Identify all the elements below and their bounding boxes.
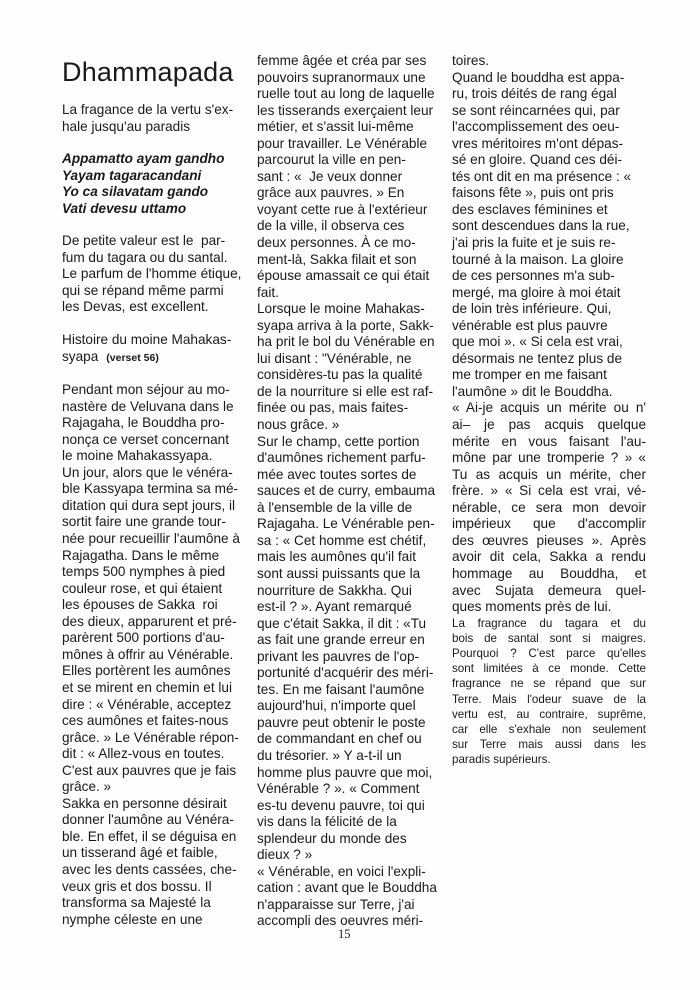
text-line: impérieux que d'accomplir — [452, 516, 646, 533]
text-line: voyant cette rue à l'extérieur — [257, 202, 449, 219]
text-line: d'aumônes richement parfu- — [257, 450, 449, 467]
text-line: vertu est, au contraire, suprême, — [452, 707, 646, 722]
text-line: ques moments près de lui. — [452, 599, 646, 616]
text-line: ble. En effet, il se déguisa en — [62, 829, 252, 846]
text-line: sont aussi puissants que la — [257, 566, 449, 583]
text-line: métier, et s'assit lui-même — [257, 119, 449, 136]
text-line: syapa arriva à la porte, Sakk- — [257, 318, 449, 335]
text-line: de ces personnes m'a sub- — [452, 268, 646, 285]
text-line: La fragrance du tagara et du — [452, 616, 646, 631]
text-line: de la ville, il observa ces — [257, 218, 449, 235]
text-line: un tisserand âgé et faible, — [62, 845, 252, 862]
text-line: Rajagaha. Le Vénérable pen- — [257, 516, 449, 533]
text-line: Rajagaha, le Bouddha pro- — [62, 415, 252, 432]
text-line: fragrance ne se répand que sur — [452, 676, 646, 691]
text-line: pour travailler. Le Vénérable — [257, 136, 449, 153]
text-line: C'est aux pauvres que je fais — [62, 763, 252, 780]
text-line: l'aumône » dit le Bouddha. — [452, 384, 646, 401]
text-line: Quand le bouddha est appa- — [452, 70, 646, 87]
text-line: grâce. » Le Vénérable répon- — [62, 730, 252, 747]
text-line: faisons fête », puis ont pris — [452, 185, 646, 202]
text-line: vénérable est plus pauvre — [452, 318, 646, 335]
translation-line: Le parfum de l'homme étique, — [62, 266, 252, 283]
text-line: des dieux, apparurent et pré- — [62, 614, 252, 631]
text-line: se sont réincarnées qui, par — [452, 103, 646, 120]
translation-line: les Devas, est excellent. — [62, 299, 252, 316]
text-line: désormais ne tentez plus de — [452, 351, 646, 368]
text-line: ble Kassyapa termina sa mé- — [62, 481, 252, 498]
verse-translation: De petite valeur est le par- fum du taga… — [62, 233, 252, 316]
text-line: parèrent 500 portions d'au- — [62, 630, 252, 647]
text-line: me tromper en me faisant — [452, 367, 646, 384]
verse-commentary: La fragrance du tagara et dubois de sant… — [452, 616, 646, 768]
text-line: Vénérable ? ». « Comment — [257, 781, 449, 798]
text-line: Sur le champ, cette portion — [257, 434, 449, 451]
verse-line: Yo ca silavatam gando — [62, 184, 252, 201]
text-line: sant : « Je veux donner — [257, 169, 449, 186]
story-body-part-1: Pendant mon séjour au mo-nastère de Velu… — [62, 382, 252, 928]
text-line: de loin très inférieure. Qui, — [452, 301, 646, 318]
text-line: épouse amassait ce qui était — [257, 268, 449, 285]
text-line: mône par une tromperie ? » « — [452, 450, 646, 467]
text-line: grâce aux pauvres. » En — [257, 185, 449, 202]
text-line: du trésorier. » Y a-t-il un — [257, 748, 449, 765]
story-heading-line: Histoire du moine Mahakas- — [62, 332, 252, 349]
text-line: transforma sa Majesté la — [62, 895, 252, 912]
text-line: sé en gloire. Quand ces déi- — [452, 152, 646, 169]
text-line: Terre. Mais l'odeur suave de la — [452, 692, 646, 707]
text-line: des esclaves féminines et — [452, 202, 646, 219]
text-line: splendeur du monde des — [257, 831, 449, 848]
text-line: et se mirent en chemin et lui — [62, 680, 252, 697]
text-line: nonça ce verset concernant — [62, 432, 252, 449]
text-line: Lorsque le moine Mahakas- — [257, 301, 449, 318]
text-line: ces aumônes et faites-nous — [62, 713, 252, 730]
text-line: que c'était Sakka, il dit : «Tu — [257, 616, 449, 633]
text-line: couleur rose, et qui étaient — [62, 581, 252, 598]
text-line: mergé, ma gloire à moi était — [452, 285, 646, 302]
text-line: as fait une grande erreur en — [257, 632, 449, 649]
text-line: « Vénérable, en voici l'expli- — [257, 864, 449, 881]
text-line: mais les aumônes qu'il fait — [257, 549, 449, 566]
text-line: avec les dents cassées, che- — [62, 862, 252, 879]
story-heading: Histoire du moine Mahakas- syapa(verset … — [62, 332, 252, 366]
text-line: veux gris et dos bossu. Il — [62, 879, 252, 896]
text-line: finée ou pas, mais faites- — [257, 400, 449, 417]
text-line: toires. — [452, 53, 646, 70]
text-line: car elle s'exhale non seulement — [452, 722, 646, 737]
column-1: Dhammapada La fragance de la vertu s'ex-… — [62, 53, 252, 928]
text-line: avoir dit cela, Sakka a rendu — [452, 549, 646, 566]
translation-line: De petite valeur est le par- — [62, 233, 252, 250]
text-line: ditation qui dura sept jours, il — [62, 498, 252, 515]
text-line: Tu as acquis un mérite, cher — [452, 467, 646, 484]
story-heading-text: syapa — [62, 349, 98, 364]
text-line: hommage au Bouddha, et — [452, 566, 646, 583]
story-body-part-3: toires.Quand le bouddha est appa-ru, tro… — [452, 53, 646, 400]
text-line: tourné à la maison. La gloire — [452, 252, 646, 269]
verse-line: Yayam tagaracandani — [62, 168, 252, 185]
text-line: sont descendues dans la rue, — [452, 218, 646, 235]
text-line: dieux ? » — [257, 847, 449, 864]
translation-line: qui se répand même parmi — [62, 283, 252, 300]
text-line: paradis supérieurs. — [452, 752, 646, 767]
document-page: Dhammapada La fragance de la vertu s'ex-… — [0, 0, 700, 990]
text-line: sur Terre mais aussi dans les — [452, 737, 646, 752]
text-line: née pour recueillir l'aumône à — [62, 531, 252, 548]
text-line: avec Sujata demeura quel- — [452, 583, 646, 600]
page-title: Dhammapada — [62, 56, 252, 88]
text-line: nous grâce. » — [257, 417, 449, 434]
verse-line: Appamatto ayam gandho — [62, 151, 252, 168]
text-line: Rajagatha. Dans le même — [62, 548, 252, 565]
subtitle-line: hale jusqu'au paradis — [62, 119, 252, 136]
text-line: Elles portèrent les aumônes — [62, 663, 252, 680]
text-line: Pendant mon séjour au mo- — [62, 382, 252, 399]
text-line: mérite en vous faisant l'au- — [452, 434, 646, 451]
text-line: portunité d'acquérir des méri- — [257, 665, 449, 682]
text-line: lui disant : "Vénérable, ne — [257, 351, 449, 368]
text-line: l'accomplissement des oeu- — [452, 119, 646, 136]
text-line: j'ai pris la fuite et je suis re- — [452, 235, 646, 252]
text-line: parcourut la ville en pen- — [257, 152, 449, 169]
text-line: tés ont dit en ma présence : « — [452, 169, 646, 186]
text-line: donner l'aumône au Vénéra- — [62, 812, 252, 829]
text-line: n'apparaisse sur Terre, j'ai — [257, 897, 449, 914]
text-line: Un jour, alors que le vénéra- — [62, 465, 252, 482]
text-line: ai– je pas acquis quelque — [452, 417, 646, 434]
text-line: ru, trois déités de rang égal — [452, 86, 646, 103]
text-line: nourriture de Sakkha. Qui — [257, 583, 449, 600]
text-line: Sakka en personne désirait — [62, 796, 252, 813]
text-line: ha prit le bol du Vénérable en — [257, 334, 449, 351]
text-line: homme plus pauvre que moi, — [257, 765, 449, 782]
text-line: que moi ». « Si cela est vrai, — [452, 334, 646, 351]
text-line: Pourquoi ? C'est parce qu'elles — [452, 646, 646, 661]
text-line: deux personnes. À ce mo- — [257, 235, 449, 252]
text-line: à l'ensemble de la ville de — [257, 500, 449, 517]
text-line: est-il ? ». Ayant remarqué — [257, 599, 449, 616]
subtitle-line: La fragance de la vertu s'ex- — [62, 102, 252, 119]
text-line: nastère de Veluvana dans le — [62, 399, 252, 416]
text-line: les épouses de Sakka roi — [62, 597, 252, 614]
text-line: cation : avant que le Bouddha — [257, 880, 449, 897]
text-line: fait. — [257, 285, 449, 302]
text-line: considères-tu pas la qualité — [257, 367, 449, 384]
text-line: pouvoirs supranormaux une — [257, 70, 449, 87]
text-line: mônes à offrir au Vénérable. — [62, 647, 252, 664]
text-line: nérable, ce sera mon devoir — [452, 500, 646, 517]
text-line: vres méritoires m'ont dépas- — [452, 136, 646, 153]
verset-label: (verset 56) — [106, 352, 159, 364]
page-number: 15 — [338, 927, 351, 942]
story-heading-line: syapa(verset 56) — [62, 349, 252, 367]
text-line: ment-là, Sakka filait et son — [257, 252, 449, 269]
text-line: ruelle tout au long de laquelle — [257, 86, 449, 103]
text-line: vis dans la félicité de la — [257, 814, 449, 831]
text-line: des œuvres pieuses ». Après — [452, 533, 646, 550]
story-body-part-2: femme âgée et créa par sespouvoirs supra… — [257, 53, 449, 930]
column-3: toires.Quand le bouddha est appa-ru, tro… — [452, 53, 646, 768]
text-line: sortit faire une grande tour- — [62, 514, 252, 531]
text-line: de commandant en chef ou — [257, 731, 449, 748]
text-line: « Ai-je acquis un mérite ou n' — [452, 400, 646, 417]
text-line: les tisserands exerçaient leur — [257, 103, 449, 120]
column-2: femme âgée et créa par sespouvoirs supra… — [257, 53, 449, 930]
text-line: de la nourriture si elle est raf- — [257, 384, 449, 401]
story-dialogue-justified: « Ai-je acquis un mérite ou n'ai– je pas… — [452, 400, 646, 615]
text-line: tes. En me faisant l'aumône — [257, 682, 449, 699]
text-line: grâce. » — [62, 779, 252, 796]
pali-verse: Appamatto ayam gandho Yayam tagaracandan… — [62, 151, 252, 217]
text-line: femme âgée et créa par ses — [257, 53, 449, 70]
text-line: frère. » « Si cela est vrai, vé- — [452, 483, 646, 500]
subtitle: La fragance de la vertu s'ex- hale jusqu… — [62, 102, 252, 135]
text-line: le moine Mahakassyapa. — [62, 448, 252, 465]
text-line: privant les pauvres de l'op- — [257, 649, 449, 666]
text-line: sont limitées à ce monde. Cette — [452, 661, 646, 676]
text-line: temps 500 nymphes à pied — [62, 564, 252, 581]
translation-line: fum du tagara ou du santal. — [62, 250, 252, 267]
text-line: mée avec toutes sortes de — [257, 467, 449, 484]
verse-line: Vati devesu uttamo — [62, 201, 252, 218]
text-line: aujourd'hui, n'importe quel — [257, 698, 449, 715]
text-line: dit : « Allez-vous en toutes. — [62, 746, 252, 763]
text-line: pauvre peut obtenir le poste — [257, 715, 449, 732]
text-line: sa : « Cet homme est chétif, — [257, 533, 449, 550]
text-line: sauces et de curry, embauma — [257, 483, 449, 500]
text-line: es-tu devenu pauvre, toi qui — [257, 798, 449, 815]
text-line: dire : « Vénérable, acceptez — [62, 697, 252, 714]
text-line: accompli des oeuvres méri- — [257, 913, 449, 930]
text-line: bois de santal sont si maigres. — [452, 631, 646, 646]
text-line: nymphe céleste en une — [62, 912, 252, 929]
